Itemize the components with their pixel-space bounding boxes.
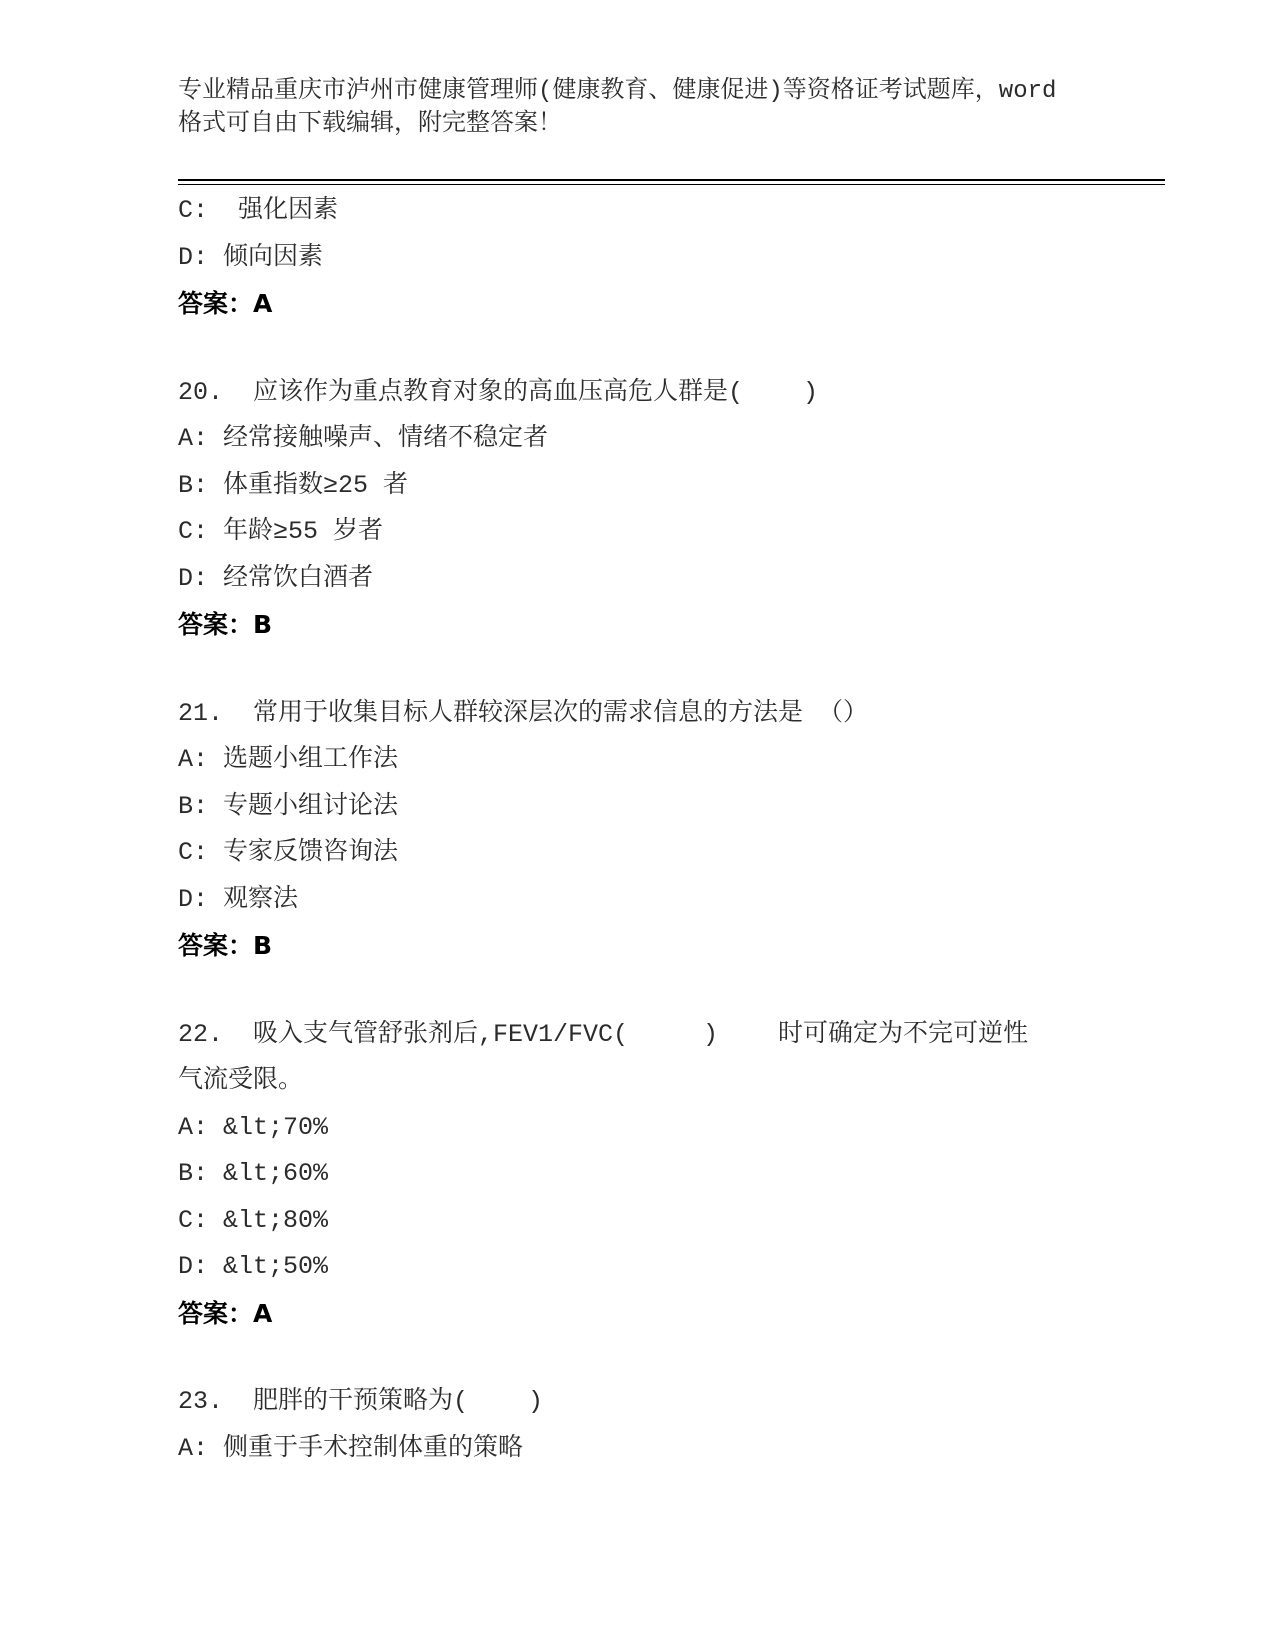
q23-option-a: A: 侧重于手术控制体重的策略 <box>178 1426 1165 1473</box>
q20-option-b: B: 体重指数≥25 者 <box>178 463 1165 510</box>
q20-option-a: A: 经常接触噪声、情绪不稳定者 <box>178 416 1165 463</box>
q21-option-c: C: 专家反馈咨询法 <box>178 830 1165 877</box>
q20-option-c: C: 年龄≥55 岁者 <box>178 509 1165 556</box>
q20-answer-line: 答案：B <box>178 602 1165 649</box>
document-header: 专业精品重庆市泸州市健康管理师(健康教育、健康促进)等资格证考试题库，word … <box>178 75 1165 141</box>
q22-option-b: B: &lt;60% <box>178 1151 1165 1198</box>
question-23-block: 23. 肥胖的干预策略为( ) A: 侧重于手术控制体重的策略 <box>178 1379 1165 1472</box>
q19-option-d: D: 倾向因素 <box>178 235 1165 282</box>
q21-question-line: 21. 常用于收集目标人群较深层次的需求信息的方法是 （） <box>178 691 1165 738</box>
question-20-block: 20. 应该作为重点教育对象的高血压高危人群是( ) A: 经常接触噪声、情绪不… <box>178 370 1165 649</box>
q20-option-d: D: 经常饮白酒者 <box>178 556 1165 603</box>
q22-question-line-1: 22. 吸入支气管舒张剂后,FEV1/FVC( ) 时可确定为不完可逆性 <box>178 1012 1165 1059</box>
document-body: C: 强化因素 D: 倾向因素 答案：A 20. 应该作为重点教育对象的高血压高… <box>178 188 1165 1472</box>
q19-answer-line: 答案：A <box>178 281 1165 328</box>
q22-option-d: D: &lt;50% <box>178 1244 1165 1291</box>
q20-question-line: 20. 应该作为重点教育对象的高血压高危人群是( ) <box>178 370 1165 417</box>
q21-option-d: D: 观察法 <box>178 877 1165 924</box>
header-text-line-2: 格式可自由下载编辑，附完整答案！ <box>178 108 1165 141</box>
document-page: 专业精品重庆市泸州市健康管理师(健康教育、健康促进)等资格证考试题库，word … <box>0 0 1275 1650</box>
q22-option-c: C: &lt;80% <box>178 1198 1165 1245</box>
q21-option-b: B: 专题小组讨论法 <box>178 784 1165 831</box>
question-19-partial-block: C: 强化因素 D: 倾向因素 答案：A <box>178 188 1165 328</box>
q23-question-line: 23. 肥胖的干预策略为( ) <box>178 1379 1165 1426</box>
q21-answer-line: 答案：B <box>178 923 1165 970</box>
q19-option-c: C: 强化因素 <box>178 188 1165 235</box>
q22-question-line-2: 气流受限。 <box>178 1058 1165 1105</box>
q22-option-a: A: &lt;70% <box>178 1105 1165 1152</box>
q21-option-a: A: 选题小组工作法 <box>178 737 1165 784</box>
header-text-line-1: 专业精品重庆市泸州市健康管理师(健康教育、健康促进)等资格证考试题库，word <box>178 75 1165 108</box>
question-22-block: 22. 吸入支气管舒张剂后,FEV1/FVC( ) 时可确定为不完可逆性 气流受… <box>178 1012 1165 1338</box>
header-divider-double-line <box>178 179 1165 185</box>
question-21-block: 21. 常用于收集目标人群较深层次的需求信息的方法是 （） A: 选题小组工作法… <box>178 691 1165 970</box>
q22-answer-line: 答案：A <box>178 1291 1165 1338</box>
